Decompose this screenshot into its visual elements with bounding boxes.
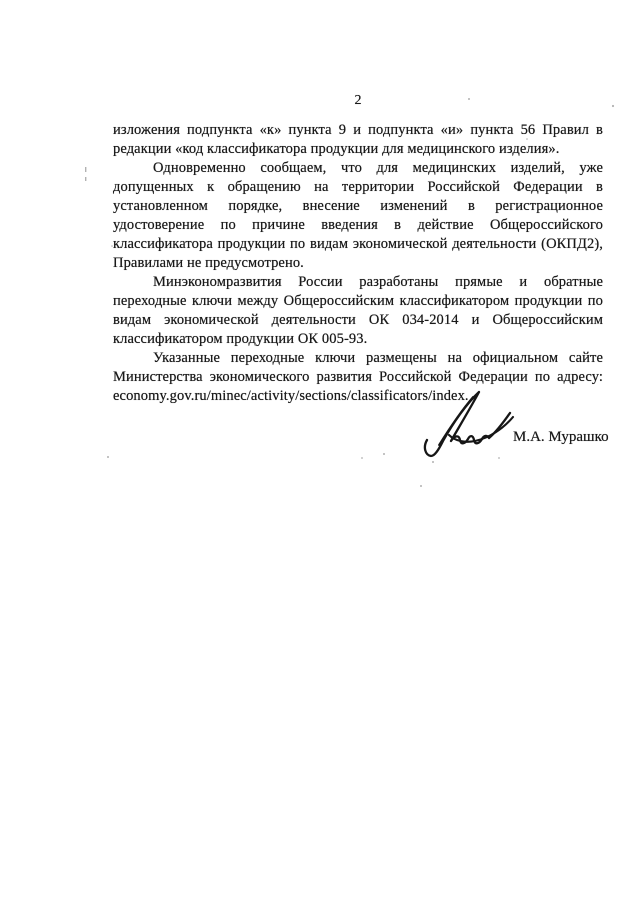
signature-block: М.А. Мурашко (415, 385, 615, 465)
document-page: 2 изложения подпункта «к» пункта 9 и под… (0, 0, 640, 905)
paragraph-registration-note: Одновременно сообщаем, что для медицинск… (113, 159, 603, 273)
paragraph-continuation: изложения подпункта «к» пункта 9 и подпу… (113, 121, 603, 159)
letter-body: изложения подпункта «к» пункта 9 и подпу… (113, 121, 603, 406)
signatory-name: М.А. Мурашко (513, 429, 609, 446)
paragraph-transition-keys: Минэкономразвития России разработаны пря… (113, 273, 603, 349)
signature-autograph-icon (415, 385, 525, 465)
page-number: 2 (113, 93, 603, 109)
